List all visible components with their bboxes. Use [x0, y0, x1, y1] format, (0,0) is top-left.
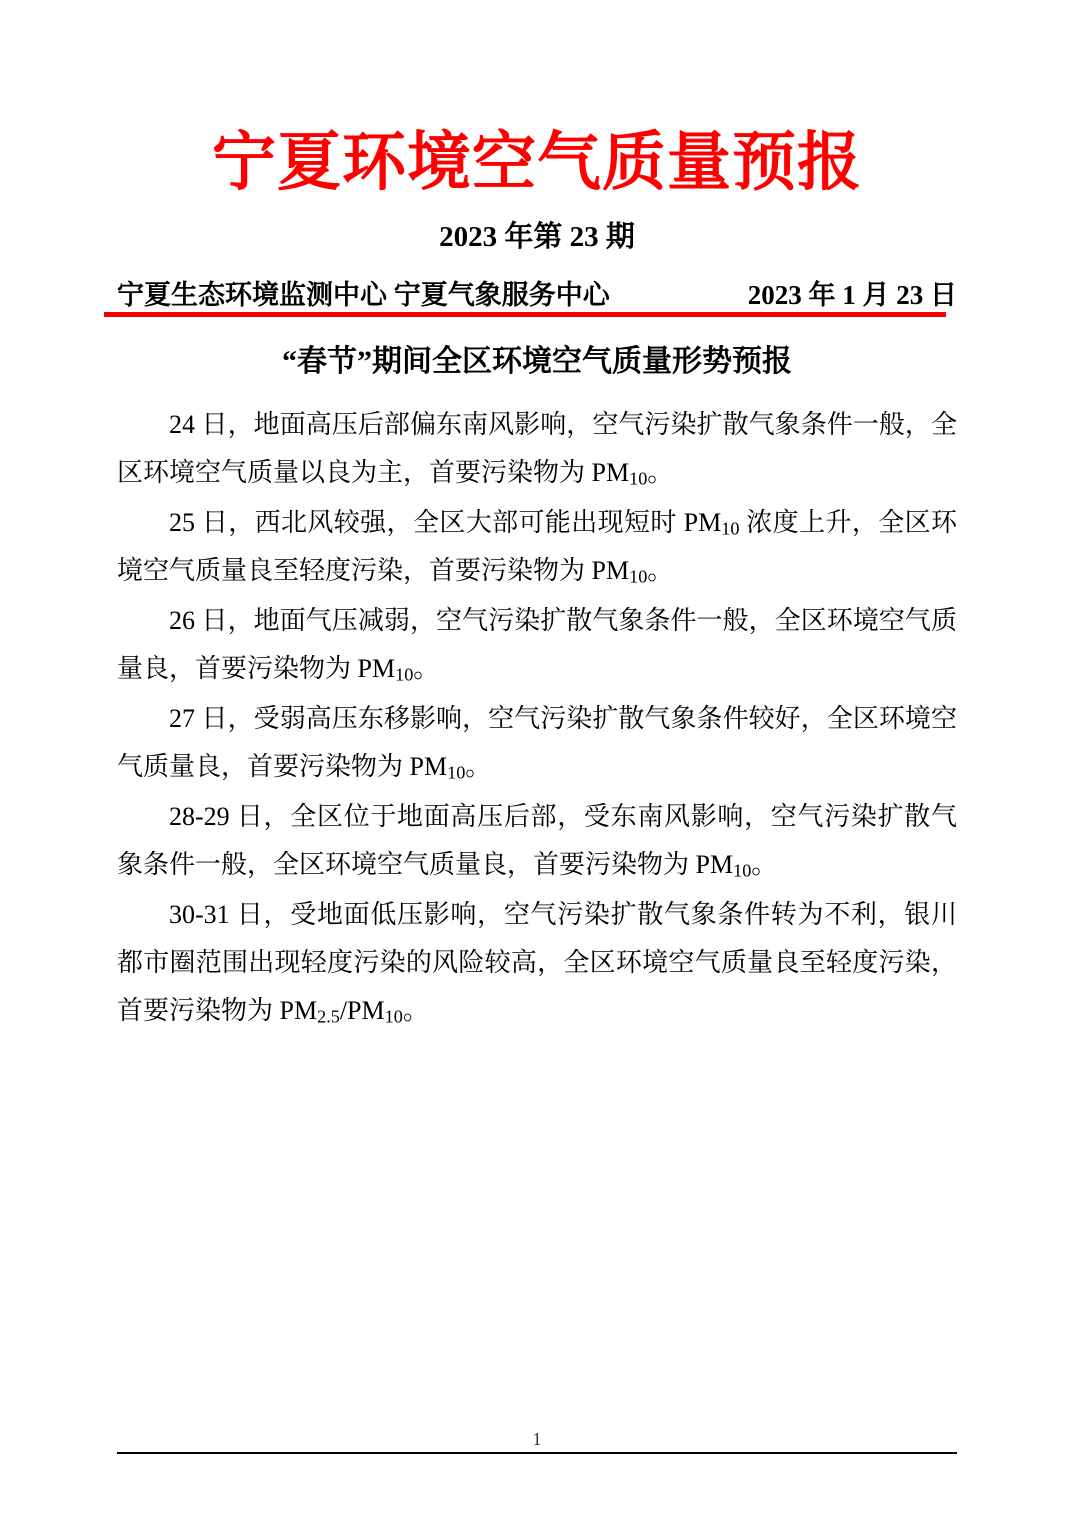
forecast-body: 24 日，地面高压后部偏东南风影响，空气污染扩散气象条件一般，全区环境空气质量以… [117, 401, 957, 1035]
forecast-paragraph: 30-31 日，受地面低压影响，空气污染扩散气象条件转为不利，银川都市圈范围出现… [117, 891, 957, 1035]
paragraph-text: 。 [465, 752, 491, 781]
forecast-paragraph: 28-29 日，全区位于地面高压后部，受东南风影响，空气污染扩散气象条件一般，全… [117, 793, 957, 889]
pollutant-subscript: 2.5 [317, 1006, 340, 1026]
section-title: “春节”期间全区环境空气质量形势预报 [117, 343, 957, 380]
paragraph-text: 26 日，地面气压减弱，空气污染扩散气象条件一般，全区环境空气质量良，首要污染物… [117, 606, 957, 683]
masthead-red-rule [104, 312, 946, 317]
pollutant-subscript: 10 [395, 664, 413, 684]
paragraph-text: /PM [340, 996, 385, 1025]
pollutant-subscript: 10 [721, 518, 739, 538]
issue-date: 2023 年 1 月 23 日 [748, 281, 957, 309]
paragraph-text: 30-31 日，受地面低压影响，空气污染扩散气象条件转为不利，银川都市圈范围出现… [117, 900, 957, 1025]
issuing-organizations: 宁夏生态环境监测中心 宁夏气象服务中心 [117, 281, 610, 309]
forecast-paragraph: 26 日，地面气压减弱，空气污染扩散气象条件一般，全区环境空气质量良，首要污染物… [117, 597, 957, 693]
pollutant-subscript: 10 [385, 1006, 403, 1026]
forecast-paragraph: 27 日，受弱高压东移影响，空气污染扩散气象条件较好，全区环境空气质量良，首要污… [117, 695, 957, 791]
issue-number: 2023 年第 23 期 [117, 218, 957, 256]
document-page: 宁夏环境空气质量预报 2023 年第 23 期 宁夏生态环境监测中心 宁夏气象服… [0, 0, 1074, 1520]
pollutant-subscript: 10 [629, 468, 647, 488]
paragraph-text: 。 [403, 996, 429, 1025]
pollutant-subscript: 10 [447, 762, 465, 782]
forecast-paragraph: 24 日，地面高压后部偏东南风影响，空气污染扩散气象条件一般，全区环境空气质量以… [117, 401, 957, 497]
pollutant-subscript: 10 [733, 860, 751, 880]
paragraph-text: 。 [413, 654, 439, 683]
masthead: 宁夏生态环境监测中心 宁夏气象服务中心 2023 年 1 月 23 日 [117, 281, 957, 309]
paragraph-text: 24 日，地面高压后部偏东南风影响，空气污染扩散气象条件一般，全区环境空气质量以… [117, 410, 957, 487]
paragraph-text: 。 [751, 850, 777, 879]
page-number: 1 [0, 1427, 1074, 1451]
paragraph-text: 28-29 日，全区位于地面高压后部，受东南风影响，空气污染扩散气象条件一般，全… [117, 802, 957, 879]
paragraph-text: 。 [647, 458, 673, 487]
paragraph-text: 。 [647, 556, 673, 585]
footer-rule [117, 1452, 957, 1454]
document-title: 宁夏环境空气质量预报 [117, 124, 957, 202]
paragraph-text: 27 日，受弱高压东移影响，空气污染扩散气象条件较好，全区环境空气质量良，首要污… [117, 704, 957, 781]
pollutant-subscript: 10 [629, 566, 647, 586]
paragraph-text: 25 日，西北风较强，全区大部可能出现短时 PM [169, 508, 721, 537]
forecast-paragraph: 25 日，西北风较强，全区大部可能出现短时 PM10 浓度上升，全区环境空气质量… [117, 499, 957, 595]
